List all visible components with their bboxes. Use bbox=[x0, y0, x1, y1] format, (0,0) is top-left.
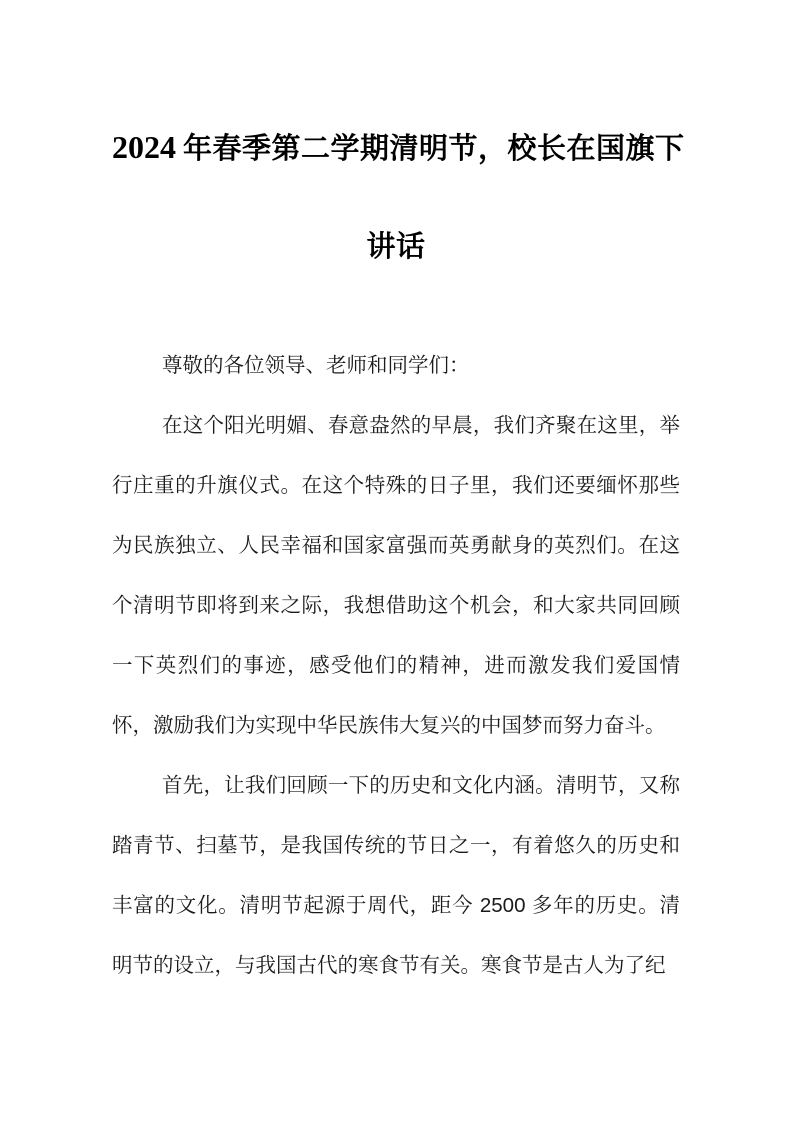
title-year-number: 2024 bbox=[112, 129, 176, 165]
document-page: 2024年春季第二学期清明节，校长在国旗下 讲话 尊敬的各位领导、老师和同学们：… bbox=[0, 0, 793, 1122]
page-title-line-2: 讲话 bbox=[112, 198, 680, 296]
body-paragraph-2: 首先，让我们回顾一下的历史和文化内涵。清明节，又称踏青节、扫墓节，是我国传统的节… bbox=[112, 756, 680, 996]
page-title: 2024年春季第二学期清明节，校长在国旗下 讲话 bbox=[112, 98, 680, 296]
title-line-1-text: 年春季第二学期清明节，校长在国旗下 bbox=[176, 133, 685, 165]
document-content: 2024年春季第二学期清明节，校长在国旗下 讲话 尊敬的各位领导、老师和同学们：… bbox=[112, 98, 680, 996]
salutation-paragraph: 尊敬的各位领导、老师和同学们： bbox=[112, 336, 680, 396]
body-paragraph-1: 在这个阳光明媚、春意盎然的早晨，我们齐聚在这里，举行庄重的升旗仪式。在这个特殊的… bbox=[112, 396, 680, 756]
page-title-line-1: 2024年春季第二学期清明节，校长在国旗下 bbox=[112, 98, 680, 198]
